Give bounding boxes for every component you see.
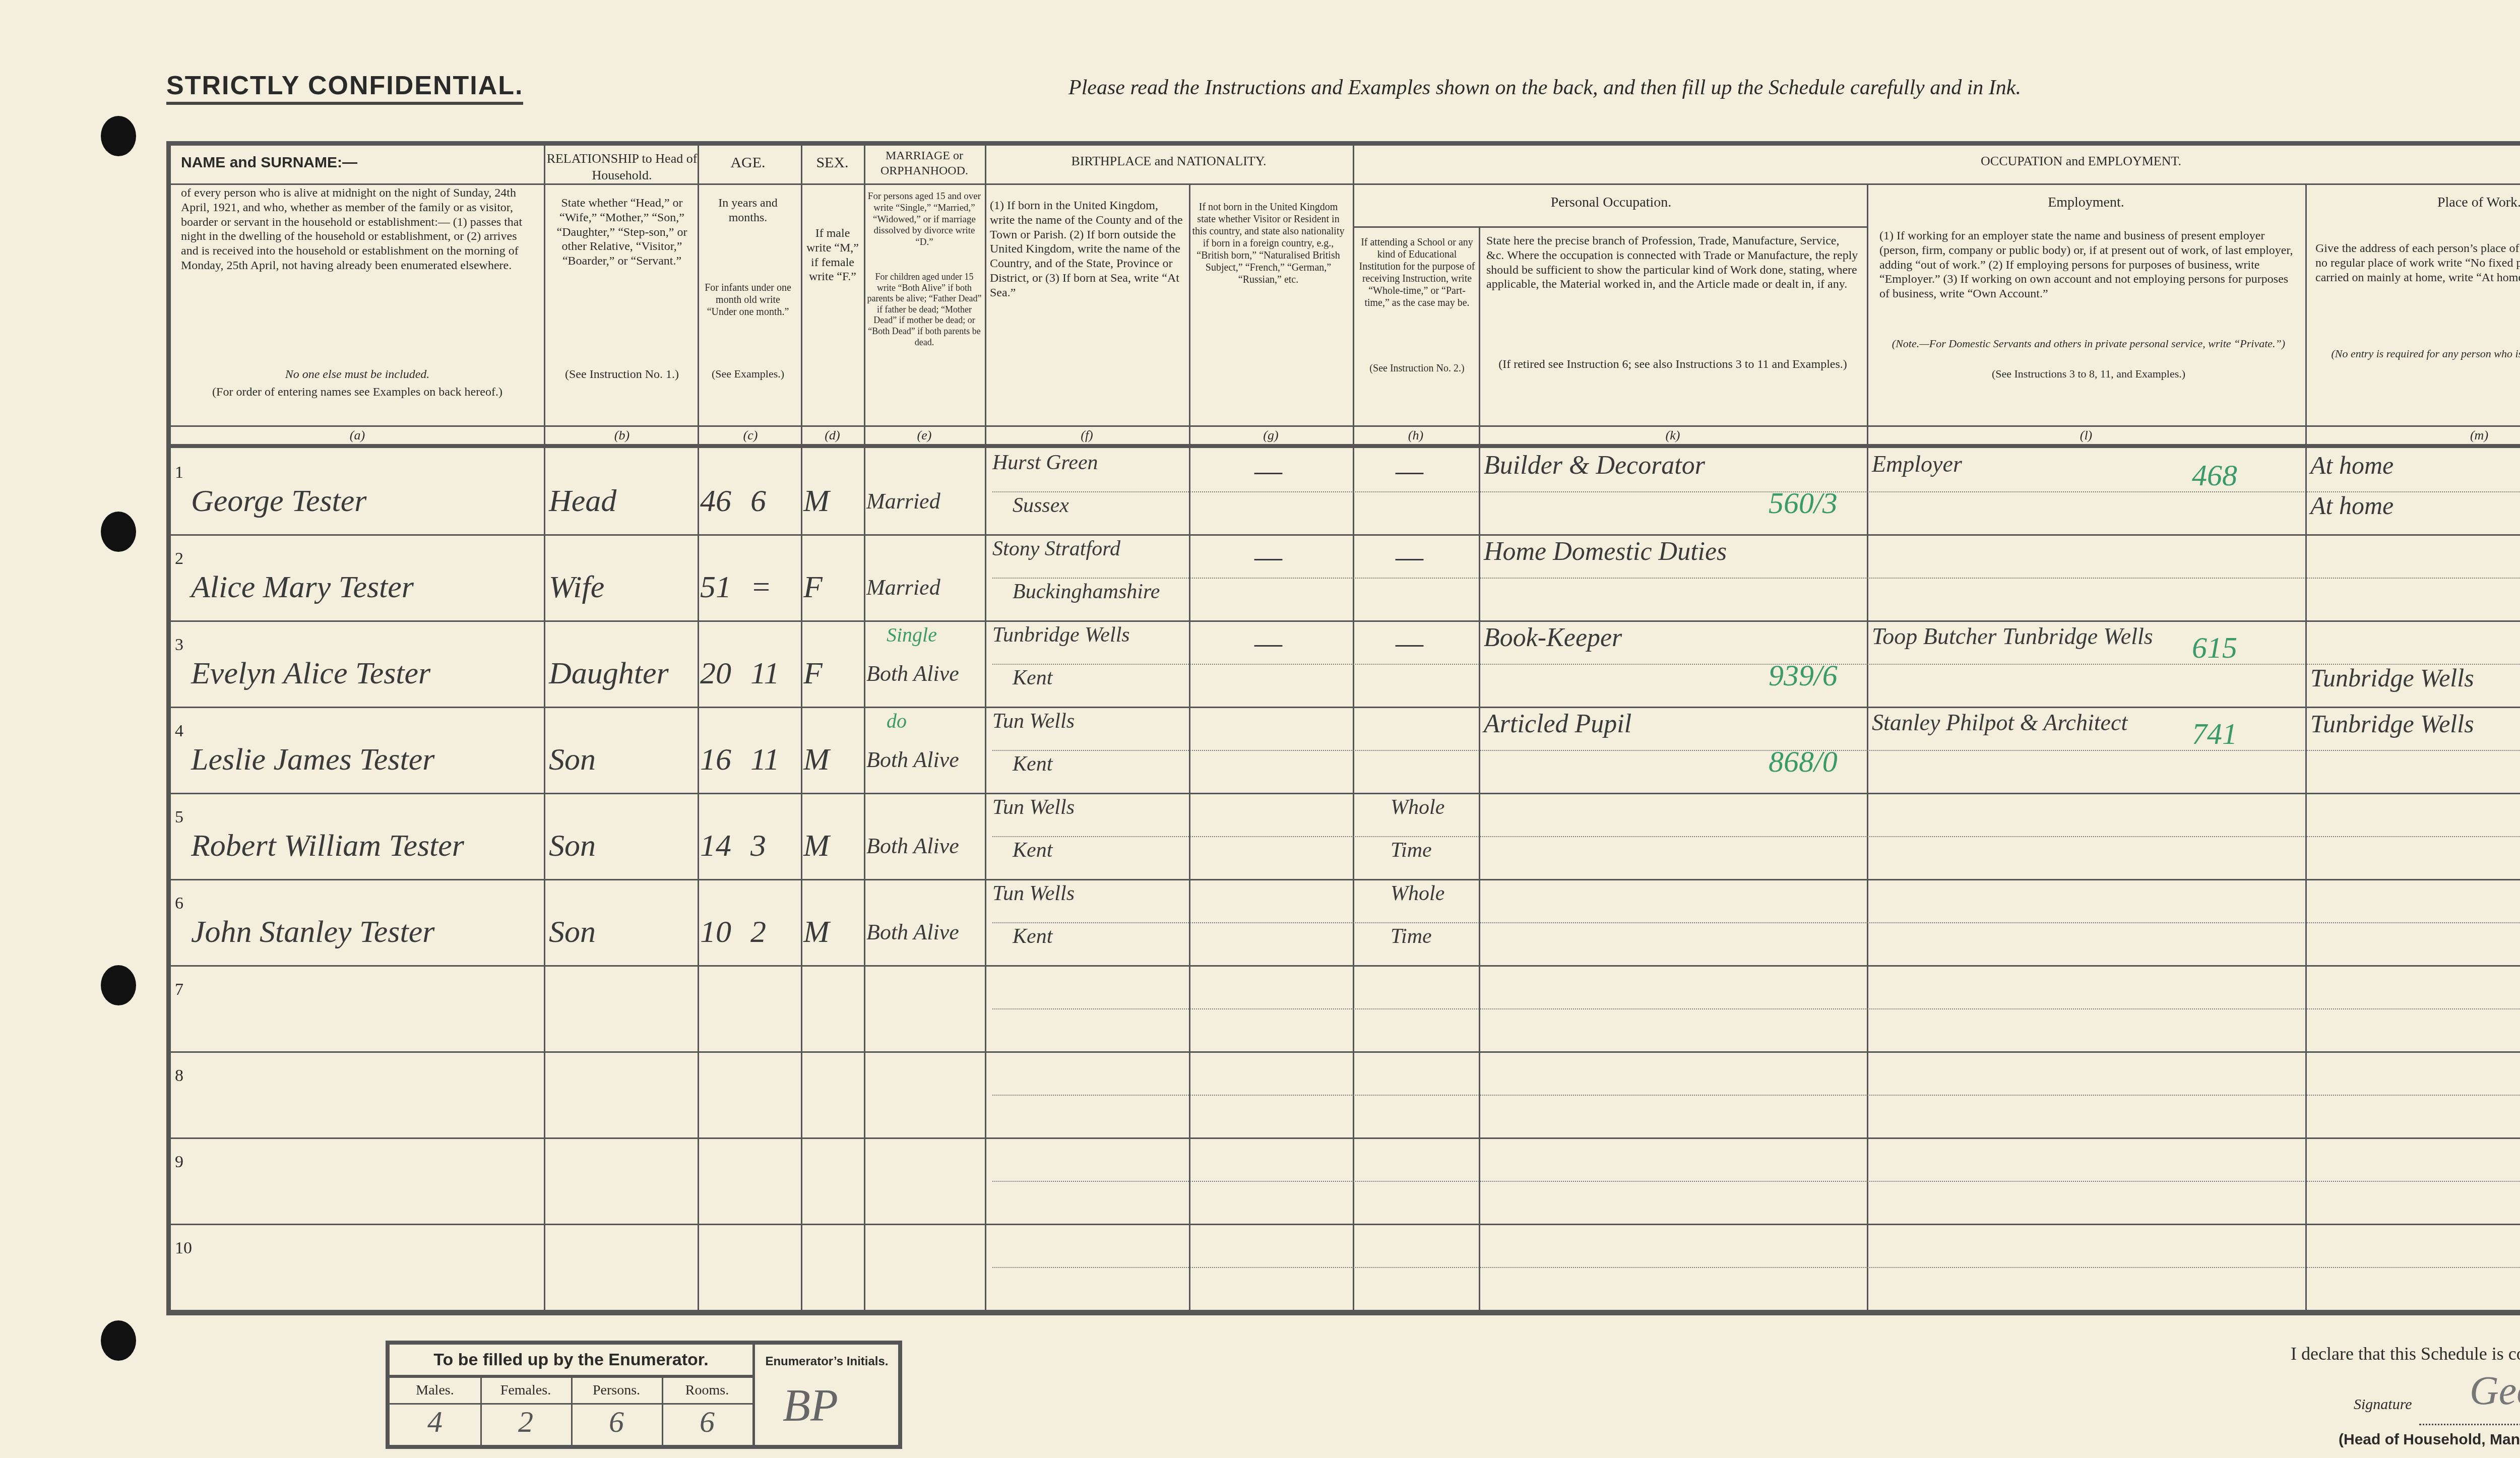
col-letter-a: (a) — [171, 428, 544, 443]
header-a-footer: (For order of entering names see Example… — [181, 385, 534, 400]
birthplace-county-field[interactable]: Kent — [1013, 666, 1052, 690]
birthplace-town-field[interactable]: Tunbridge Wells — [992, 623, 1130, 647]
age-years-field[interactable]: 51 — [700, 569, 731, 605]
education-field[interactable]: — — [1396, 625, 1423, 661]
age-months-field[interactable]: 11 — [750, 656, 779, 691]
age-months-field[interactable]: = — [750, 569, 772, 605]
punch-hole — [101, 512, 136, 552]
header-b-footer: (See Instruction No. 1.) — [549, 367, 695, 382]
header-g-body: If not born in the United Kingdom state … — [1191, 201, 1345, 286]
col-letter-f: (f) — [985, 428, 1189, 443]
age-months-field[interactable]: 3 — [750, 828, 766, 864]
table-row: 6John Stanley TesterSon102MBoth AliveTun… — [171, 879, 2520, 965]
birthplace-county-field[interactable]: Sussex — [1013, 493, 1069, 518]
employment-code[interactable]: 741 — [2192, 717, 2237, 751]
person-name-field[interactable]: John Stanley Tester — [191, 914, 434, 950]
birthplace-town-field[interactable]: Hurst Green — [992, 451, 1098, 475]
age-years-field[interactable]: 16 — [700, 742, 731, 778]
header-h-footer: (See Instruction No. 2.) — [1358, 362, 1476, 374]
marriage-field[interactable]: Both Alive — [866, 747, 959, 773]
relationship-field[interactable]: Head — [549, 483, 616, 519]
enumerator-count-value[interactable]: 2 — [480, 1405, 573, 1445]
row-number: 7 — [175, 980, 183, 999]
header-m-body: Give the address of each person’s place … — [2315, 241, 2520, 285]
enumerator-caption: To be filled up by the Enumerator. — [390, 1345, 752, 1378]
enumerator-count-label: Rooms. — [662, 1378, 754, 1405]
row-number: 6 — [175, 894, 183, 913]
table-row: 4Leslie James TesterSon1611MBoth Alivedo… — [171, 707, 2520, 793]
birthplace-town-field[interactable]: Stony Stratford — [992, 537, 1120, 561]
header-c-body: In years and months. — [703, 196, 793, 225]
signature-label: Signature — [2354, 1396, 2412, 1413]
table-row: 8Under OneAge last birthday.123456789101… — [171, 1051, 2520, 1137]
occupation-field[interactable]: Book-Keeper — [1484, 623, 1622, 653]
sex-field[interactable]: F — [803, 656, 823, 691]
sex-field[interactable]: M — [803, 742, 830, 778]
nationality-field[interactable]: — — [1254, 625, 1282, 661]
marriage-field[interactable]: Both Alive — [866, 919, 959, 945]
birthplace-county-field[interactable]: Kent — [1013, 924, 1052, 948]
header-a-note: No one else must be included. — [181, 367, 534, 382]
table-row: 5Robert William TesterSon143MBoth AliveT… — [171, 793, 2520, 879]
enumerator-summary-box: To be filled up by the Enumerator. Enume… — [386, 1341, 902, 1449]
col-letter-c: (c) — [700, 428, 801, 443]
employment-code[interactable]: 468 — [2192, 458, 2237, 493]
person-name-field[interactable]: Robert William Tester — [191, 828, 464, 864]
employment-field[interactable]: Toop Butcher Tunbridge Wells — [1872, 623, 2153, 650]
table-row: 7Under OneAge last birthday.123456789101… — [171, 965, 2520, 1051]
relationship-field[interactable]: Son — [549, 742, 596, 778]
sex-field[interactable]: F — [803, 569, 823, 605]
person-name-field[interactable]: Evelyn Alice Tester — [191, 656, 430, 691]
col-letter-l: (l) — [1867, 428, 2305, 443]
header-c-note: For infants under one month old write “U… — [703, 282, 793, 318]
header-a-body: of every person who is alive at midnight… — [181, 186, 534, 273]
marriage-field[interactable]: Both Alive — [866, 661, 959, 686]
row-number: 5 — [175, 808, 183, 827]
header-c-footer: (See Examples.) — [703, 367, 793, 381]
header-l-body: (1) If working for an employer state the… — [1879, 229, 2298, 301]
row-number: 9 — [175, 1153, 183, 1172]
table-row: 2Alice Mary TesterWife51=FMarriedStony S… — [171, 534, 2520, 620]
marriage-correction-field[interactable]: Single — [887, 623, 937, 647]
enumerator-count-value[interactable]: 6 — [662, 1405, 754, 1445]
header-k-footer: (If retired see Instruction 6; see also … — [1486, 357, 1859, 372]
sex-field[interactable]: M — [803, 914, 830, 950]
relationship-field[interactable]: Daughter — [549, 656, 669, 691]
age-months-field[interactable]: 2 — [750, 914, 766, 950]
sex-field[interactable]: M — [803, 483, 830, 519]
education-field[interactable]: — — [1396, 453, 1423, 489]
age-months-field[interactable]: 6 — [750, 483, 766, 519]
header-a-title: NAME and SURNAME:— — [181, 153, 534, 172]
row-number: 10 — [175, 1239, 192, 1258]
education-field[interactable]: Time — [1391, 838, 1432, 862]
header-e-title: MARRIAGE or ORPHANHOOD. — [866, 148, 982, 178]
age-years-field[interactable]: 20 — [700, 656, 731, 691]
workplace-field[interactable]: Tunbridge Wells — [2310, 709, 2474, 738]
person-name-field[interactable]: George Tester — [191, 483, 366, 519]
age-years-field[interactable]: 14 — [700, 828, 731, 864]
header-e-note: For children aged under 15 write “Both A… — [866, 272, 982, 348]
employment-field[interactable]: Stanley Philpot & Architect — [1872, 709, 2127, 736]
punch-hole — [101, 116, 136, 156]
birthplace-county-field[interactable]: Kent — [1013, 752, 1052, 776]
initials-value[interactable]: BP — [783, 1380, 838, 1432]
header-d-body: If male write “M,” if female write “F.” — [805, 226, 860, 284]
row-number: 3 — [175, 636, 183, 655]
header-m-title: Place of Work. — [2308, 194, 2520, 211]
header-d-title: SEX. — [803, 153, 861, 172]
row-number: 1 — [175, 463, 183, 482]
workplace-field[interactable]: Tunbridge Wells — [2310, 663, 2474, 692]
occupation-code[interactable]: 868/0 — [1769, 744, 1838, 779]
punch-hole — [101, 965, 136, 1005]
signature-footer: (Head of Household, Manager of Establish… — [2339, 1431, 2520, 1448]
header-l-footer: (See Instructions 3 to 8, 11, and Exampl… — [1879, 367, 2298, 381]
education-field[interactable]: — — [1396, 539, 1423, 575]
education-field[interactable]: Time — [1391, 924, 1432, 948]
header-occupation-title: OCCUPATION and EMPLOYMENT. — [1355, 153, 2520, 170]
row-number: 8 — [175, 1066, 183, 1086]
header-e-body: For persons aged 15 and over write “Sing… — [866, 191, 982, 248]
punch-hole — [101, 1320, 136, 1361]
marriage-field[interactable]: Both Alive — [866, 833, 959, 859]
occupation-code[interactable]: 560/3 — [1769, 486, 1838, 521]
workplace-field[interactable]: At home — [2310, 491, 2393, 520]
person-name-field[interactable]: Leslie James Tester — [191, 742, 434, 778]
header-l-title: Employment. — [1869, 194, 2303, 211]
age-years-field[interactable]: 46 — [700, 483, 731, 519]
census-table: NAME and SURNAME:— of every person who i… — [166, 141, 2520, 1315]
education-field[interactable]: Whole — [1391, 881, 1444, 906]
education-field[interactable]: Whole — [1391, 795, 1444, 819]
relationship-field[interactable]: Son — [549, 828, 596, 864]
declaration-text: I declare that this Schedule is correctl… — [2291, 1343, 2520, 1364]
header-c-title: AGE. — [700, 153, 796, 172]
employment-field[interactable]: Employer — [1872, 451, 1962, 477]
header-birthplace-title: BIRTHPLACE and NATIONALITY. — [987, 153, 1350, 170]
occupation-code[interactable]: 939/6 — [1769, 658, 1838, 693]
age-months-field[interactable]: 11 — [750, 742, 779, 778]
signature-line — [2419, 1424, 2520, 1425]
occupation-field[interactable]: Builder & Decorator — [1484, 451, 1705, 480]
workplace-field[interactable]: At home — [2310, 451, 2393, 480]
employment-code[interactable]: 615 — [2192, 630, 2237, 665]
nationality-field[interactable]: — — [1254, 539, 1282, 575]
occupation-field[interactable]: Articled Pupil — [1484, 709, 1631, 739]
enumerator-count-value[interactable]: 6 — [571, 1405, 663, 1445]
header-m-note: (No entry is required for any person who… — [2315, 347, 2520, 360]
person-name-field[interactable]: Alice Mary Tester — [191, 569, 414, 605]
table-row: 10Under OneAge last birthday.12345678910… — [171, 1224, 2520, 1310]
form-title: STRICTLY CONFIDENTIAL. — [166, 71, 523, 105]
col-letter-h: (h) — [1353, 428, 1479, 443]
col-letter-g: (g) — [1189, 428, 1353, 443]
header-f-body: (1) If born in the United Kingdom, write… — [990, 199, 1184, 300]
col-letter-b: (b) — [546, 428, 698, 443]
relationship-field[interactable]: Wife — [549, 569, 604, 605]
sex-field[interactable]: M — [803, 828, 830, 864]
birthplace-town-field[interactable]: Tun Wells — [992, 881, 1075, 906]
marriage-correction-field[interactable]: do — [887, 709, 907, 733]
occupation-field[interactable]: Home Domestic Duties — [1484, 537, 1727, 566]
header-b-title: RELATIONSHIP to Head of Household. — [546, 151, 698, 183]
age-years-field[interactable]: 10 — [700, 914, 731, 950]
table-row: 1George TesterHead466MMarriedHurst Green… — [171, 448, 2520, 534]
birthplace-town-field[interactable]: Tun Wells — [992, 795, 1075, 819]
relationship-field[interactable]: Son — [549, 914, 596, 950]
enumerator-count-value[interactable]: 4 — [390, 1405, 482, 1445]
table-row: 9Under OneAge last birthday.123456789101… — [171, 1137, 2520, 1224]
col-letter-d: (d) — [801, 428, 864, 443]
enumerator-count-label: Females. — [480, 1378, 573, 1405]
instruction-line: Please read the Instructions and Example… — [1068, 76, 2021, 100]
enumerator-count-label: Males. — [390, 1378, 482, 1405]
header-k-body: State here the precise branch of Profess… — [1486, 234, 1859, 292]
nationality-field[interactable]: — — [1254, 453, 1282, 489]
birthplace-county-field[interactable]: Kent — [1013, 838, 1052, 862]
marriage-field[interactable]: Married — [866, 575, 940, 600]
birthplace-town-field[interactable]: Tun Wells — [992, 709, 1075, 733]
marriage-field[interactable]: Married — [866, 488, 940, 514]
row-number: 2 — [175, 549, 183, 568]
col-letter-m: (m) — [2305, 428, 2520, 443]
table-row: 3Evelyn Alice TesterDaughter2011FBoth Al… — [171, 620, 2520, 707]
header-b-body: State whether “Head,” or “Wife,” “Mother… — [549, 196, 695, 269]
col-letter-e: (e) — [864, 428, 985, 443]
header-personal-title: Personal Occupation. — [1355, 194, 1867, 211]
col-letter-k: (k) — [1479, 428, 1867, 443]
birthplace-county-field[interactable]: Buckinghamshire — [1013, 580, 1160, 604]
header-l-note: (Note.—For Domestic Servants and others … — [1879, 337, 2298, 350]
signature-value[interactable]: George Tester — [2470, 1368, 2520, 1414]
row-number: 4 — [175, 722, 183, 741]
header-h-body: If attending a School or any kind of Edu… — [1358, 236, 1476, 309]
enumerator-count-label: Persons. — [571, 1378, 663, 1405]
